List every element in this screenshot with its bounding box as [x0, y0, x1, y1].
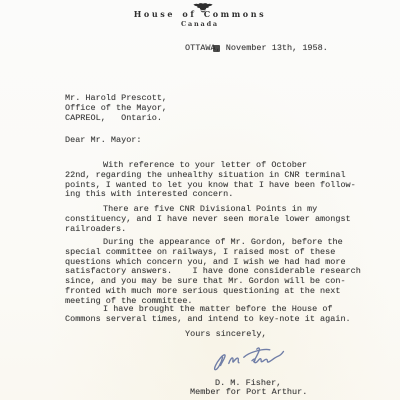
handwritten-signature [211, 343, 293, 375]
signatory-title: Member for Port Arthur. [190, 388, 307, 398]
paragraph-4: I have brought the matter before the Hou… [65, 305, 351, 325]
ink-blotch [213, 45, 220, 52]
paragraph-3: During the appearance of Mr. Gordon, bef… [65, 238, 361, 307]
recipient-address: Mr. Harold Prescott, Office of the Mayor… [65, 94, 167, 123]
body-line: railroaders. [65, 225, 351, 235]
letter-page: House of Commons Canada OTTAWA, November… [0, 0, 400, 400]
letterhead-org: House of Commons [0, 9, 400, 19]
body-line: ing this with interested concern. [65, 190, 356, 200]
dateline: OTTAWA, November 13th, 1958. [185, 44, 328, 54]
paragraph-2: There are five CNR Divisional Points in … [65, 205, 351, 234]
body-line: Commons serveral times, and intend to ke… [65, 315, 351, 325]
recipient-city: CAPREOL, Ontario. [65, 114, 167, 124]
closing: Yours sincerely, [185, 330, 267, 340]
salutation: Dear Mr. Mayor: [65, 136, 142, 146]
paragraph-1: With reference to your letter of October… [65, 161, 356, 200]
letterhead-country: Canada [0, 20, 400, 28]
